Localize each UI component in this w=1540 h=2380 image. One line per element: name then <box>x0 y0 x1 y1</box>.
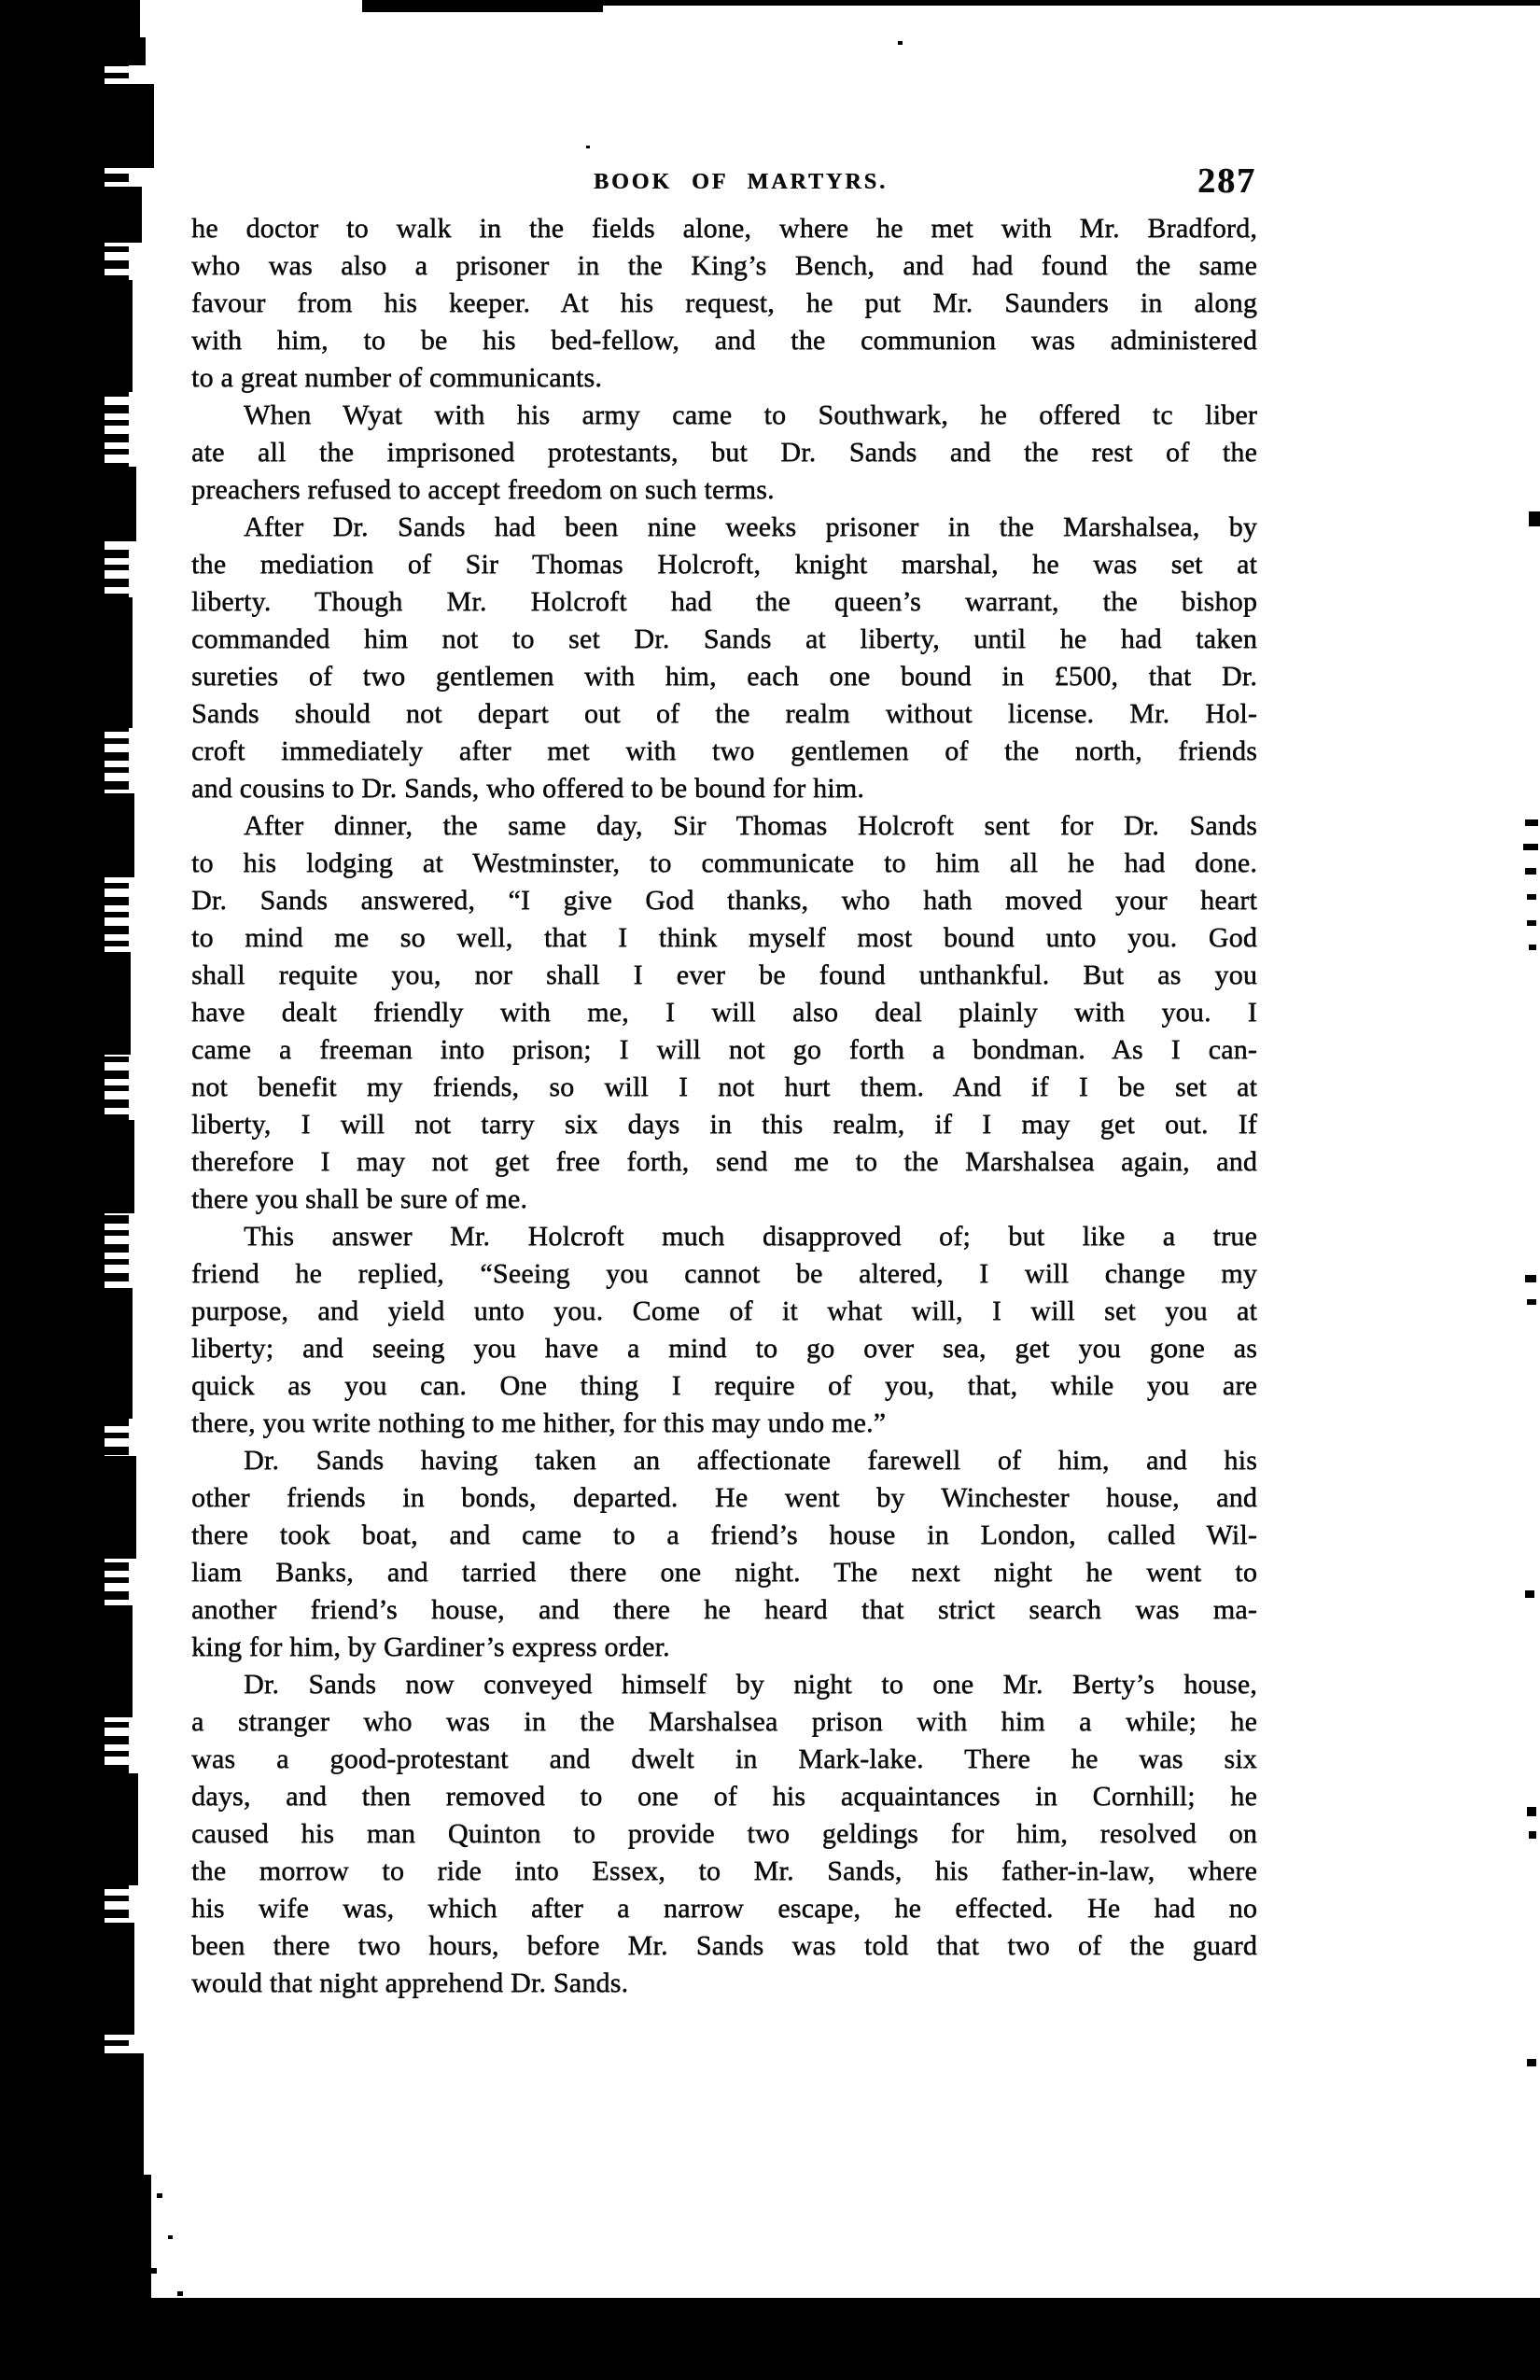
scan-artifact-blob <box>99 2175 151 2305</box>
text-line: a stranger who was in the Marshalsea pri… <box>191 1703 1257 1741</box>
scan-artifact-tick <box>1527 894 1536 900</box>
text-line: shall requite you, nor shall I ever be f… <box>191 957 1257 994</box>
scan-artifact-blob <box>105 187 142 243</box>
text-line: there took boat, and came to a friend’s … <box>191 1517 1257 1554</box>
text-line: liberty; and seeing you have a mind to g… <box>191 1330 1257 1367</box>
text-line: been there two hours, before Mr. Sands w… <box>191 1927 1257 1965</box>
text-line: to his lodging at Westminster, to commun… <box>191 845 1257 882</box>
scan-artifact-blob <box>105 1288 133 1419</box>
text-line: favour from his keeper. At his request, … <box>191 285 1257 322</box>
text-line: liam Banks, and tarried there one night.… <box>191 1554 1257 1591</box>
text-line: the morrow to ride into Essex, to Mr. Sa… <box>191 1853 1257 1890</box>
scan-artifact-speck <box>177 2291 183 2296</box>
scan-artifact-tick <box>1527 1299 1536 1305</box>
scan-artifact-tick <box>1529 945 1536 950</box>
text-line: caused his man Quinton to provide two ge… <box>191 1815 1257 1853</box>
text-line: quick as you can. One thing I require of… <box>191 1367 1257 1405</box>
scan-artifact-tick <box>1525 868 1536 875</box>
text-line: liberty, I will not tarry six days in th… <box>191 1106 1257 1143</box>
scan-artifact-tick <box>1523 844 1538 850</box>
scan-artifact-bottom-band <box>0 2303 1540 2380</box>
text-line: friend he replied, “Seeing you cannot be… <box>191 1255 1257 1293</box>
text-line: liberty. Though Mr. Holcroft had the que… <box>191 583 1257 621</box>
scan-artifact-blob <box>105 280 133 392</box>
scan-artifact-blob <box>103 84 154 168</box>
scan-artifact-top-bar <box>362 0 603 12</box>
scan-artifact-blob <box>103 1456 136 1559</box>
text-line: sureties of two gentlemen with him, each… <box>191 658 1257 695</box>
text-line: This answer Mr. Holcroft much disapprove… <box>191 1218 1257 1255</box>
scan-artifact-speck <box>168 2235 173 2239</box>
text-line: the mediation of Sir Thomas Holcroft, kn… <box>191 546 1257 583</box>
scan-artifact-speck <box>898 41 903 45</box>
scan-artifact-tick <box>1527 2059 1536 2066</box>
paragraph: he doctor to walk in the fields alone, w… <box>191 210 1257 397</box>
text-line: to mind me so well, that I think myself … <box>191 919 1257 957</box>
scan-artifact-top-line <box>597 0 1540 6</box>
body-text: he doctor to walk in the fields alone, w… <box>191 210 1257 2002</box>
text-line: After dinner, the same day, Sir Thomas H… <box>191 807 1257 845</box>
text-line: ate all the imprisoned protestants, but … <box>191 434 1257 471</box>
text-line: there you shall be sure of me. <box>191 1181 1257 1218</box>
scan-artifact-left-band <box>0 0 105 2380</box>
text-line: croft immediately after met with two gen… <box>191 733 1257 770</box>
text-line: came a freeman into prison; I will not g… <box>191 1031 1257 1069</box>
running-head-title: BOOK OF MARTYRS. <box>594 170 883 195</box>
text-line: Dr. Sands now conveyed himself by night … <box>191 1666 1257 1703</box>
scan-artifact-speck <box>586 146 590 148</box>
text-line: who was also a prisoner in the King’s Be… <box>191 247 1257 285</box>
scan-artifact-blob <box>105 597 133 728</box>
scan-artifact-blob <box>103 1120 134 1213</box>
scan-artifact-tick <box>1527 1807 1536 1816</box>
text-line: Dr. Sands having taken an affectionate f… <box>191 1442 1257 1479</box>
scan-artifact-tick <box>1529 511 1540 526</box>
text-line: king for him, by Gardiner’s express orde… <box>191 1629 1257 1666</box>
text-line: not benefit my friends, so will I not hu… <box>191 1069 1257 1106</box>
scan-artifact-tick <box>1525 1275 1536 1282</box>
text-line: his wife was, which after a narrow escap… <box>191 1890 1257 1927</box>
text-line: After Dr. Sands had been nine weeks pris… <box>191 509 1257 546</box>
scan-artifact-bottom-edge <box>121 2298 1540 2305</box>
text-line: was a good-protestant and dwelt in Mark-… <box>191 1741 1257 1778</box>
scan-artifact-speck <box>149 2268 157 2274</box>
text-line: therefore I may not get free forth, send… <box>191 1143 1257 1181</box>
scan-artifact-blob <box>103 1773 138 1885</box>
scan-artifact-blob <box>103 467 136 541</box>
scan-artifact-blob <box>101 2053 144 2175</box>
text-line: Sands should not depart out of the realm… <box>191 695 1257 733</box>
scan-artifact-blob <box>103 793 134 877</box>
text-line: would that night apprehend Dr. Sands. <box>191 1965 1257 2002</box>
scan-artifact-speck <box>157 2193 162 2198</box>
scan-artifact-blob <box>105 1605 133 1717</box>
paragraph: After Dr. Sands had been nine weeks pris… <box>191 509 1257 807</box>
paragraph: Dr. Sands having taken an affectionate f… <box>191 1442 1257 1666</box>
text-line: purpose, and yield unto you. Come of it … <box>191 1293 1257 1330</box>
text-line: days, and then removed to one of his acq… <box>191 1778 1257 1815</box>
scan-artifact-tick <box>1527 920 1536 926</box>
scan-artifact-blob <box>105 1923 134 2035</box>
scan-artifact-tick <box>1525 1590 1534 1598</box>
scan-artifact-tick <box>1525 819 1538 826</box>
scan-artifact-blob <box>105 952 131 1055</box>
scan-artifact-tick <box>1529 1831 1536 1839</box>
scan-artifact-blob <box>101 37 146 65</box>
scanned-book-page: BOOK OF MARTYRS. 287 he doctor to walk i… <box>0 0 1540 2380</box>
page-number: 287 <box>1197 161 1256 202</box>
text-line: Dr. Sands answered, “I give God thanks, … <box>191 882 1257 919</box>
text-line: have dealt friendly with me, I will also… <box>191 994 1257 1031</box>
paragraph: When Wyat with his army came to Southwar… <box>191 397 1257 509</box>
text-line: When Wyat with his army came to Southwar… <box>191 397 1257 434</box>
text-line: he doctor to walk in the fields alone, w… <box>191 210 1257 247</box>
text-line: another friend’s house, and there he hea… <box>191 1591 1257 1629</box>
text-line: to a great number of communicants. <box>191 359 1257 397</box>
text-line: there, you write nothing to me hither, f… <box>191 1405 1257 1442</box>
text-line: with him, to be his bed-fellow, and the … <box>191 322 1257 359</box>
paragraph: This answer Mr. Holcroft much disapprove… <box>191 1218 1257 1442</box>
paragraph: After dinner, the same day, Sir Thomas H… <box>191 807 1257 1218</box>
scan-artifact-top-corner <box>0 0 140 41</box>
text-line: and cousins to Dr. Sands, who offered to… <box>191 770 1257 807</box>
text-line: commanded him not to set Dr. Sands at li… <box>191 621 1257 658</box>
text-line: preachers refused to accept freedom on s… <box>191 471 1257 509</box>
text-line: other friends in bonds, departed. He wen… <box>191 1479 1257 1517</box>
paragraph: Dr. Sands now conveyed himself by night … <box>191 1666 1257 2002</box>
